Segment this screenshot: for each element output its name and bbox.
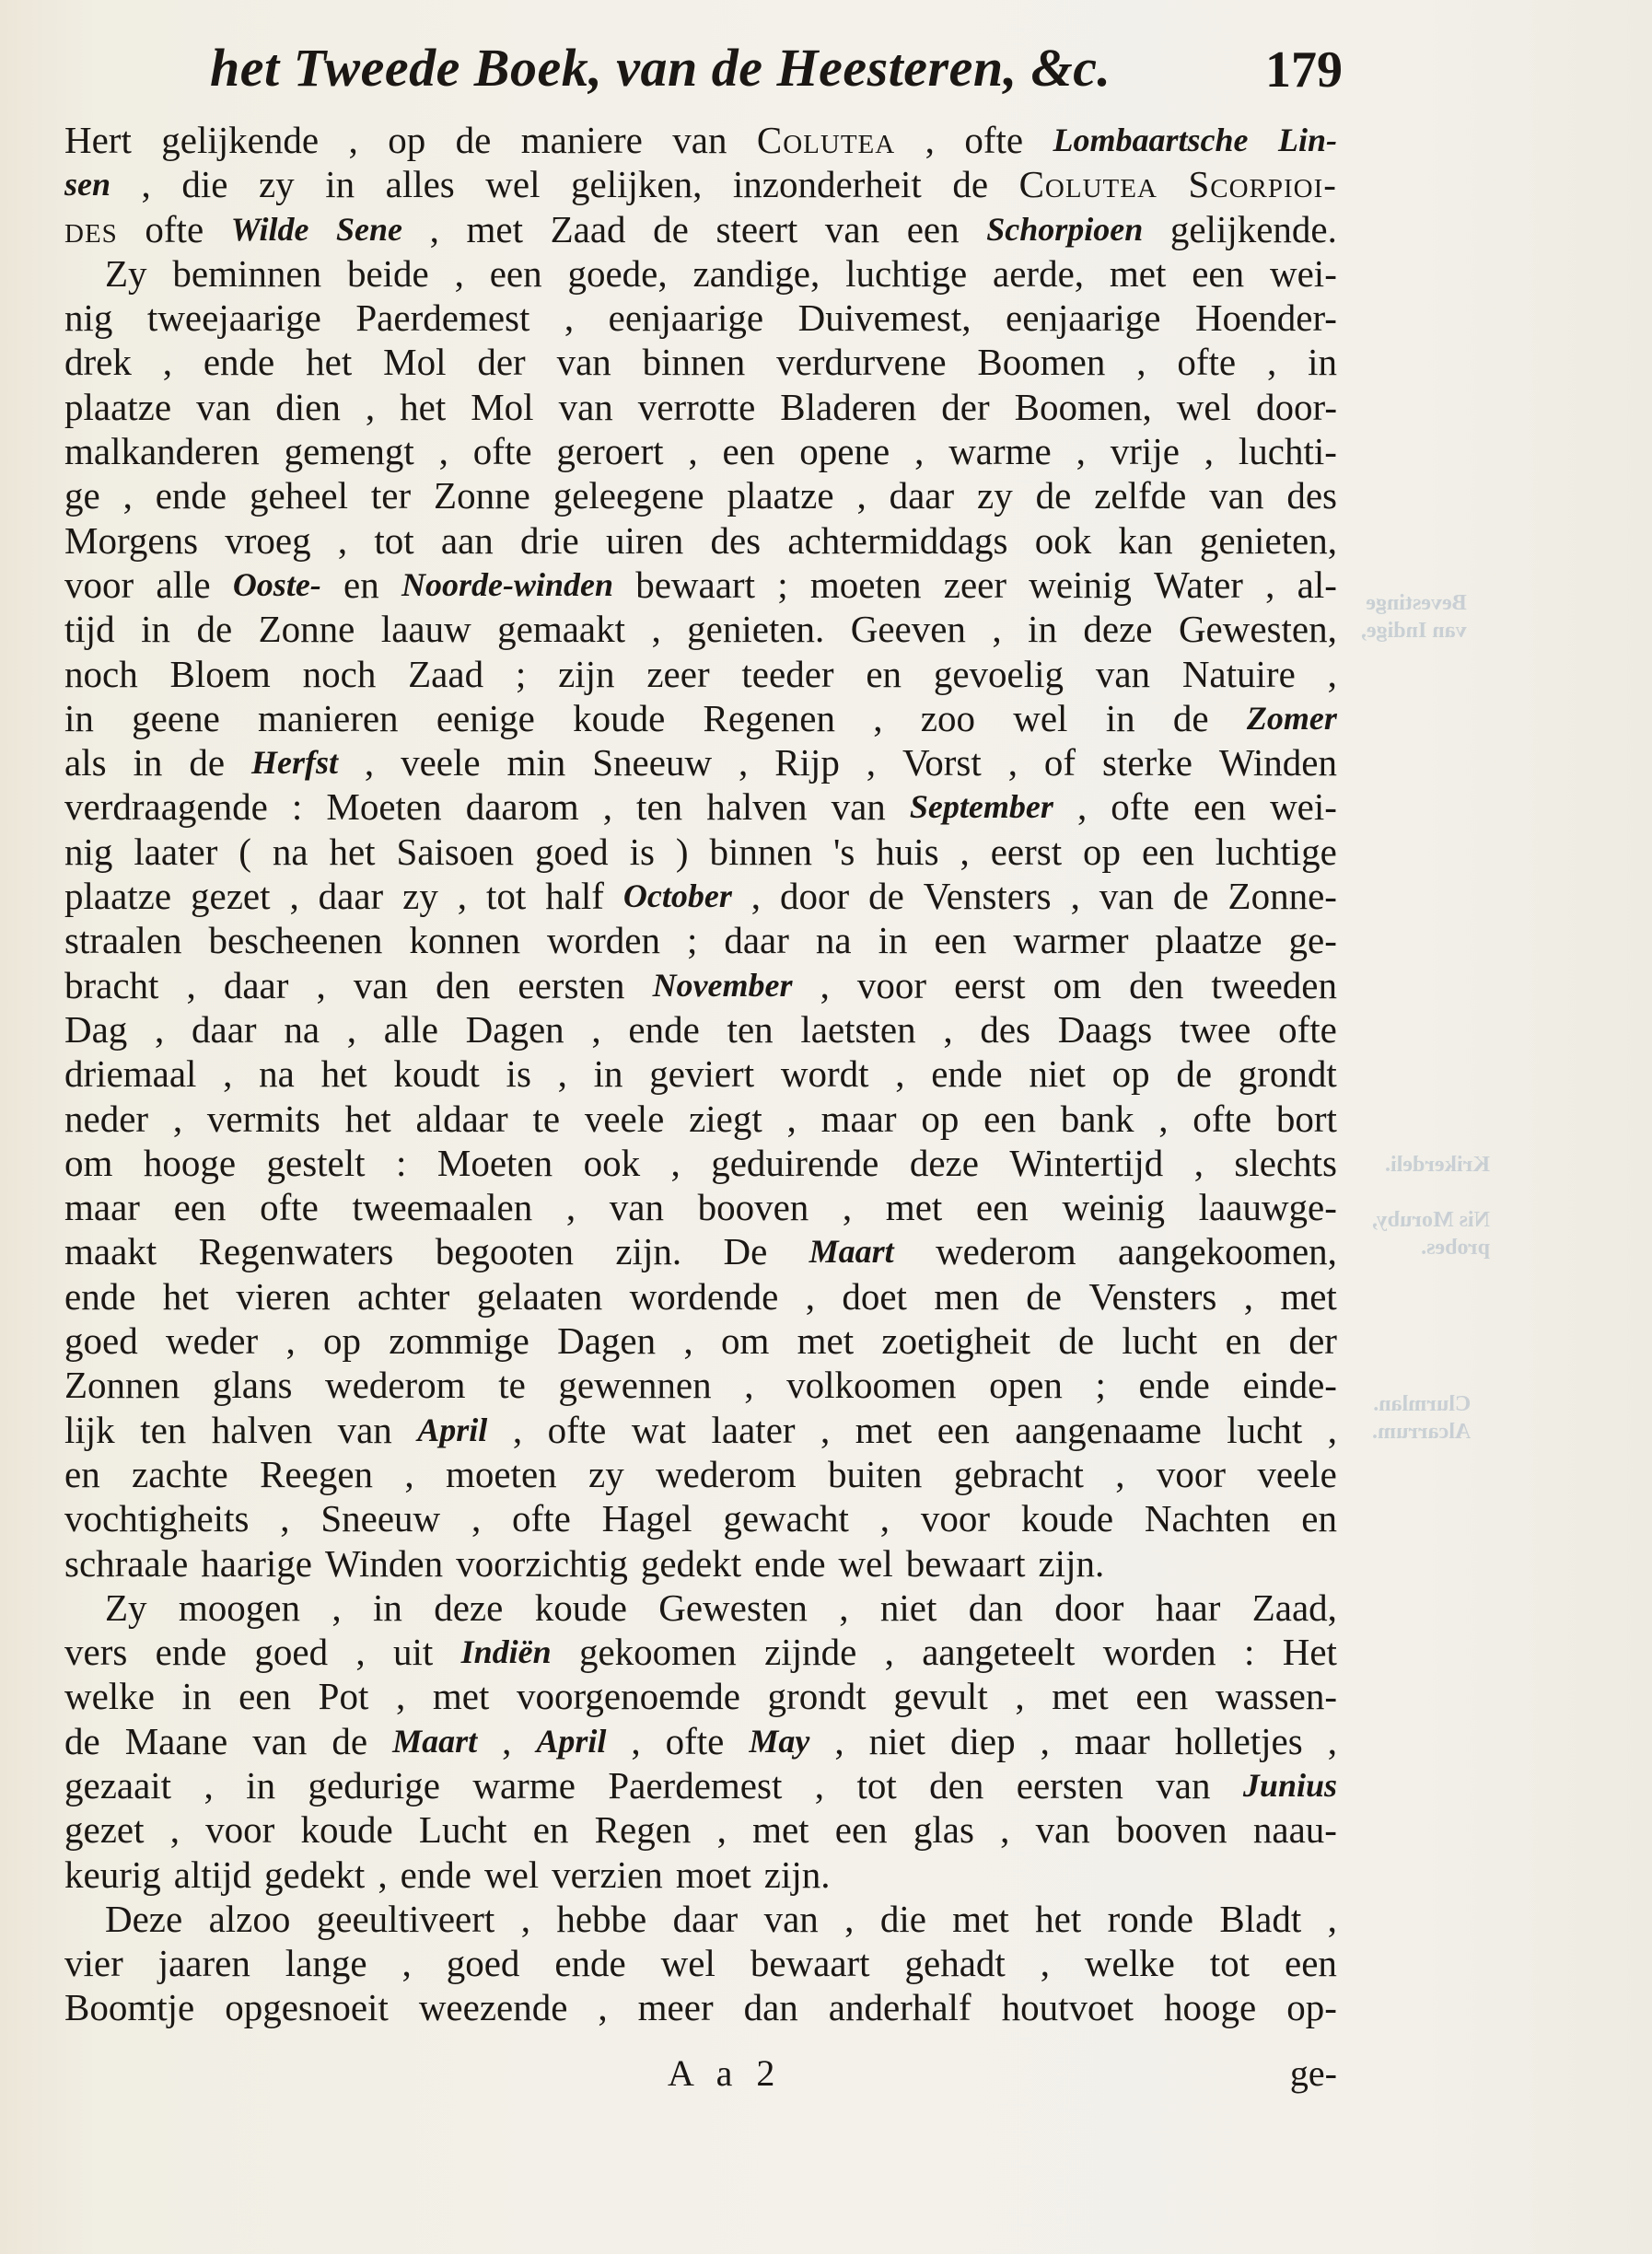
word: buiten	[828, 1452, 922, 1496]
show-through-note: Clurmlan. Alcarrum.	[1372, 1390, 1471, 1446]
word: laetsten	[800, 1007, 915, 1051]
word: Mol	[471, 385, 533, 429]
text-line: plaatzegezet,daarzy,tothalfOctober,doord…	[64, 874, 1337, 918]
word: naau-	[1253, 1807, 1337, 1852]
word: een	[934, 918, 986, 962]
word: bank	[1061, 1097, 1134, 1141]
word: ten	[727, 1007, 774, 1051]
word: De	[723, 1229, 767, 1273]
italic-word: September	[910, 784, 1053, 829]
small-caps-word: Colutea	[1019, 162, 1158, 206]
word: ,	[739, 740, 748, 784]
word: gelijkende	[161, 118, 319, 162]
word: halven	[212, 1408, 312, 1452]
word: ende	[156, 1630, 227, 1674]
word: al-	[1297, 563, 1337, 607]
word: met	[1052, 1674, 1108, 1718]
word: alles	[386, 162, 455, 206]
word: den	[929, 1763, 983, 1807]
word: in	[325, 162, 355, 206]
word: warme	[948, 429, 1052, 473]
word: ,	[992, 607, 1001, 651]
word: ,	[285, 1319, 295, 1363]
word: verrotte	[638, 385, 755, 429]
word: aan	[441, 518, 494, 563]
word: deze	[910, 1141, 979, 1185]
word: lucht	[1227, 1408, 1302, 1452]
word: wederom	[325, 1363, 466, 1407]
word: Zy	[105, 251, 147, 296]
word: die	[181, 162, 227, 206]
word: ,	[378, 1853, 387, 1897]
word: tweeden	[1211, 963, 1337, 1007]
word: Boomen,	[1015, 385, 1152, 429]
word: Zy	[105, 1586, 147, 1630]
word: met	[886, 1185, 942, 1229]
word: uit	[393, 1630, 433, 1674]
word: teeder	[741, 652, 833, 696]
word: Bladeren	[780, 385, 916, 429]
word: van	[1209, 473, 1263, 517]
italic-word: October	[623, 874, 732, 918]
word: neder	[64, 1097, 148, 1141]
word: gevult	[893, 1674, 987, 1718]
word: door	[780, 874, 849, 918]
word: een	[983, 1097, 1036, 1141]
word: ten	[636, 784, 682, 829]
word: ,	[844, 1897, 854, 1941]
word: Saisoen	[397, 830, 515, 874]
text-line: nigtweejaarigePaerdemest,eenjaarigeDuive…	[64, 296, 1337, 340]
small-caps-word: Scorpioi-	[1188, 162, 1336, 206]
word: na	[284, 1007, 320, 1051]
word: na	[273, 830, 308, 874]
word: plaatze	[1155, 918, 1262, 962]
word: koudt	[393, 1051, 479, 1096]
word: ,	[404, 1452, 413, 1496]
word: ,	[1328, 1897, 1337, 1941]
word: een	[723, 429, 775, 473]
word: Paerdemest	[608, 1763, 782, 1807]
word: gedurige	[308, 1763, 440, 1807]
word: wassen-	[1216, 1674, 1337, 1718]
word: het	[306, 340, 352, 384]
word: ,	[843, 1185, 852, 1229]
word: Lucht	[419, 1807, 507, 1852]
word: geleegene	[553, 473, 704, 517]
word: een	[1142, 830, 1194, 874]
word: met	[433, 1674, 489, 1718]
word: worden	[1103, 1630, 1216, 1674]
word: de	[1173, 874, 1209, 918]
word: en	[343, 563, 379, 607]
word: ,	[142, 162, 151, 206]
word: drek	[64, 340, 132, 384]
word: hooge	[1164, 1985, 1256, 2029]
word: ,	[347, 1007, 356, 1051]
text-line: Boomtjeopgesnoeitweezende,meerdananderha…	[64, 1985, 1337, 2029]
word: ende	[754, 1541, 825, 1586]
word: ,	[439, 429, 448, 473]
word: ,	[402, 1941, 412, 1985]
word: ,	[317, 963, 326, 1007]
word: Moeten	[326, 784, 441, 829]
book-page: het Tweede Boek, van de Heesteren, &c. 1…	[0, 0, 1652, 2254]
word: ziegt	[689, 1097, 762, 1141]
word: maakt	[64, 1229, 157, 1273]
italic-word: April	[417, 1408, 487, 1452]
catchword: ge-	[1290, 2051, 1337, 2095]
word: jaaren	[158, 1941, 250, 1985]
word: laater	[712, 1408, 796, 1452]
word: Mol	[383, 340, 446, 384]
text-line: ingeenemaniereneenigekoudeRegenen,zoowel…	[64, 696, 1337, 740]
word: zijn.	[764, 1853, 831, 1897]
word: tweemaalen	[352, 1185, 532, 1229]
word: lijk	[64, 1408, 115, 1452]
word: gedekt	[264, 1853, 365, 1897]
word: schraale	[64, 1541, 188, 1586]
word: door-	[1256, 385, 1337, 429]
word: gelijken,	[571, 162, 702, 206]
word: ende	[1138, 1363, 1209, 1407]
word: Zaad	[551, 207, 626, 251]
italic-word: Junius	[1243, 1763, 1337, 1807]
word: goed	[447, 1941, 520, 1985]
word: ofte	[1192, 1097, 1251, 1141]
word: ,	[170, 1807, 180, 1852]
word: ;	[687, 918, 697, 962]
word: een	[937, 1408, 990, 1452]
word: Dagen	[466, 1007, 564, 1051]
word: booven	[1116, 1807, 1227, 1852]
word: wel	[1177, 385, 1231, 429]
word: geeultiveert	[317, 1897, 495, 1941]
word: van	[1099, 874, 1154, 918]
word: in	[133, 740, 162, 784]
word: zijn.	[615, 1229, 681, 1273]
word: koude	[1021, 1496, 1113, 1540]
word: maar	[64, 1185, 140, 1229]
word: half	[545, 874, 604, 918]
word: ende	[628, 1007, 699, 1051]
word: op	[921, 1097, 959, 1141]
word: der	[1289, 1319, 1337, 1363]
word: welke	[1085, 1941, 1175, 1985]
word: Bladt	[1219, 1897, 1301, 1941]
word: zeer	[646, 652, 709, 696]
word: zelfde	[1094, 473, 1186, 517]
word: Morgens	[64, 518, 198, 563]
word: daar	[724, 918, 789, 962]
word: bewaart	[750, 1941, 870, 1985]
word: luchtige	[1216, 830, 1337, 874]
word: ;	[516, 652, 526, 696]
word: ,	[365, 740, 374, 784]
word: plaatze	[64, 385, 171, 429]
word: het	[321, 1051, 367, 1096]
text-line: goedweder,opzommigeDagen,ommetzoetigheit…	[64, 1319, 1337, 1363]
word: daar	[192, 1007, 257, 1051]
word: te	[532, 1097, 560, 1141]
word: Daags	[1058, 1007, 1152, 1051]
text-line: niglaater(nahetSaisoengoedis)binnen'shui…	[64, 830, 1337, 874]
word: vermits	[207, 1097, 320, 1141]
word: ,	[1194, 1141, 1204, 1185]
word: ofte	[964, 118, 1023, 162]
text-line: vochtigheits,Sneeuw,ofteHagelgewacht,voo…	[64, 1496, 1337, 1540]
word: Gewesten	[658, 1586, 808, 1630]
word: glans	[213, 1363, 293, 1407]
text-line: sen,diezyinalleswelgelijken,inzonderheit…	[64, 162, 1337, 206]
word: ,	[471, 1496, 481, 1540]
word: de	[64, 1719, 100, 1763]
word: den	[1129, 963, 1183, 1007]
word: haarige	[201, 1541, 312, 1586]
word: holletjes	[1175, 1719, 1303, 1763]
word: ,	[332, 1586, 341, 1630]
word: door	[1054, 1586, 1123, 1630]
italic-word: Lin-	[1278, 118, 1337, 162]
word: inzonderheit	[733, 162, 922, 206]
word: aerde,	[993, 251, 1084, 296]
word: de	[456, 118, 492, 162]
word: een	[1193, 784, 1246, 829]
word: de	[1176, 1051, 1212, 1096]
word: alle	[384, 1007, 438, 1051]
word: de	[653, 207, 689, 251]
word: Winden	[325, 1541, 443, 1586]
word: slechts	[1234, 1141, 1337, 1185]
word: bewaart	[635, 563, 755, 607]
word: Regenen	[704, 696, 835, 740]
word: beide	[347, 251, 429, 296]
word: ofte	[1177, 340, 1236, 384]
word: tot	[374, 518, 413, 563]
text-line: maaktRegenwatersbegootenzijn.DeMaartwede…	[64, 1229, 1337, 1273]
word: wederom	[936, 1229, 1076, 1273]
word: om	[64, 1141, 112, 1185]
word: huis	[876, 830, 938, 874]
word: genieten.	[687, 607, 824, 651]
word: :	[396, 1141, 406, 1185]
word: tot	[1210, 1941, 1250, 1985]
word: wat	[632, 1408, 686, 1452]
word: ook	[584, 1141, 641, 1185]
word: diep	[950, 1719, 1016, 1763]
word: in	[141, 607, 170, 651]
text-line: Dezealzoogeeultiveert,hebbedaarvan,dieme…	[64, 1897, 1337, 1941]
word: altijd	[174, 1853, 251, 1897]
word: daar	[224, 963, 289, 1007]
word: ofte	[1111, 784, 1169, 829]
text-line: straalenbescheenenkonnenworden;daarnaine…	[64, 918, 1337, 962]
text-line: vooralleOoste-enNoorde-windenbewaart;moe…	[64, 563, 1337, 607]
word: ,	[1077, 784, 1087, 829]
word: wel	[1013, 696, 1067, 740]
word: ofte	[145, 207, 204, 251]
word: de	[189, 740, 225, 784]
running-title: het Tweede Boek, van de Heesteren, &c.	[210, 37, 1111, 99]
word: ,	[688, 429, 697, 473]
word: voor	[205, 1807, 274, 1852]
word: zy	[977, 473, 1013, 517]
italic-word: Noorde-winden	[401, 563, 613, 607]
word: ,	[173, 1097, 182, 1141]
word: Regen	[595, 1807, 692, 1852]
word: de	[1058, 1319, 1094, 1363]
word: niet	[880, 1586, 937, 1630]
word: ,	[1267, 340, 1276, 384]
word: gelijkende.	[1170, 207, 1337, 251]
word: een	[835, 1807, 888, 1852]
word: ,	[430, 207, 439, 251]
word: booven	[698, 1185, 809, 1229]
running-header: het Tweede Boek, van de Heesteren, &c. 1…	[210, 37, 1343, 110]
word: gezet	[191, 874, 270, 918]
word: der	[941, 385, 989, 429]
word: Zonne-	[1228, 874, 1337, 918]
word: de	[952, 162, 988, 206]
word: ,	[591, 1007, 600, 1051]
word: binnen	[709, 830, 812, 874]
word: verdraagende	[64, 784, 268, 829]
word: Nachten	[1145, 1496, 1271, 1540]
word: het	[345, 1097, 391, 1141]
word: de	[196, 607, 232, 651]
word: ,	[867, 740, 876, 784]
word: Dag	[64, 1007, 127, 1051]
signature-mark: A a 2	[668, 2051, 782, 2095]
italic-word: Herfst	[251, 740, 338, 784]
text-line: versendegoed,uitIndiëngekoomenzijnde,aan…	[64, 1630, 1337, 1674]
word: die	[880, 1897, 926, 1941]
word: grondt	[1239, 1051, 1337, 1096]
word: vier	[64, 1941, 123, 1985]
word: en	[64, 1452, 100, 1496]
word: twee	[1180, 1007, 1251, 1051]
word: Vensters	[924, 874, 1052, 918]
word: vieren	[236, 1274, 330, 1319]
word: ,	[187, 963, 196, 1007]
word: ,	[820, 1408, 830, 1452]
word: zandige,	[693, 251, 820, 296]
word: weezende	[419, 1985, 568, 2029]
italic-word: Wilde	[231, 207, 309, 251]
word: als	[64, 740, 107, 784]
word: konnen	[409, 918, 520, 962]
word: Maane	[125, 1719, 228, 1763]
word: ,	[223, 1051, 232, 1096]
word: voor	[1157, 1452, 1226, 1496]
word: geviert	[649, 1051, 754, 1096]
word: wel	[661, 1941, 715, 1985]
word: Dagen	[557, 1319, 656, 1363]
word: dien	[275, 385, 341, 429]
word: op	[1083, 830, 1121, 874]
word: Het	[1283, 1630, 1337, 1674]
word: ende	[401, 1853, 471, 1897]
word: Duivemest,	[798, 296, 971, 340]
word: daar	[890, 473, 955, 517]
word: einde-	[1243, 1363, 1337, 1407]
word: bracht	[64, 963, 158, 1007]
word: een	[1192, 251, 1244, 296]
text-line: vierjaarenlange,goedendewelbewaartgehadt…	[64, 1941, 1337, 1985]
italic-word: November	[653, 963, 793, 1007]
word: van	[252, 1719, 307, 1763]
word: grondt	[768, 1674, 867, 1718]
word: ronde	[1108, 1897, 1193, 1941]
small-caps-word: des	[64, 207, 118, 251]
word: lange	[285, 1941, 367, 1985]
word: genieten,	[1200, 518, 1337, 563]
word: ,	[1015, 1674, 1024, 1718]
word: in	[1028, 607, 1057, 651]
text-line: drek,endehetMoldervanbinnenverdurveneBoo…	[64, 340, 1337, 384]
word: gestelt	[267, 1141, 366, 1185]
word: Deze	[105, 1897, 182, 1941]
word: ,	[880, 1496, 890, 1540]
word: driemaal	[64, 1051, 196, 1096]
word: ,	[598, 1985, 607, 2029]
page-number: 179	[1265, 41, 1343, 99]
word: Hagel	[602, 1496, 692, 1540]
word: ,	[502, 1719, 511, 1763]
word: Zaad,	[1252, 1586, 1337, 1630]
text-line: alsindeHerfst,veeleminSneeuw,Rijp,Vorst,…	[64, 740, 1337, 784]
word: ter	[371, 473, 411, 517]
word: hebbe	[556, 1897, 646, 1941]
word: de	[332, 1719, 367, 1763]
word: aangekoomen,	[1118, 1229, 1337, 1273]
word: warmer	[1013, 918, 1128, 962]
body-text: Hertgelijkende,opdemanierevanColutea,oft…	[64, 118, 1337, 2030]
word: wordende	[630, 1274, 779, 1319]
word: van	[764, 1897, 819, 1941]
word: ,	[1204, 429, 1214, 473]
word: geene	[132, 696, 220, 740]
word: Gewesten,	[1179, 607, 1337, 651]
text-line: lijktenhalvenvanApril,oftewatlaater,mete…	[64, 1408, 1337, 1452]
word: ,	[355, 1630, 365, 1674]
word: noch	[64, 652, 138, 696]
word: ,	[1328, 652, 1337, 696]
word: beminnen	[172, 251, 321, 296]
word: Moeten	[437, 1141, 553, 1185]
word: opgesnoeit	[225, 1985, 389, 2029]
word: Zonnen	[64, 1363, 180, 1407]
word: manieren	[258, 696, 399, 740]
word: een	[238, 1674, 291, 1718]
text-line: neder,vermitshetaldaarteveeleziegt,maaro…	[64, 1097, 1337, 1141]
word: ,	[885, 1630, 894, 1674]
word: gezaait	[64, 1763, 171, 1807]
word: in	[182, 1674, 212, 1718]
word: ,	[1071, 874, 1080, 918]
word: ,	[744, 1363, 753, 1407]
word: Boomen	[977, 340, 1105, 384]
word: van	[1036, 1807, 1090, 1852]
word: ,	[1000, 1807, 1009, 1852]
text-line: desofteWildeSene,metZaaddesteertvaneenSc…	[64, 207, 1337, 251]
word: het	[329, 830, 375, 874]
word: ,	[856, 473, 866, 517]
word: binnen	[643, 340, 746, 384]
word: maar	[1075, 1719, 1150, 1763]
word: eenjaarige	[609, 296, 763, 340]
page-footer: A a 2 ge-	[64, 2051, 1337, 2107]
